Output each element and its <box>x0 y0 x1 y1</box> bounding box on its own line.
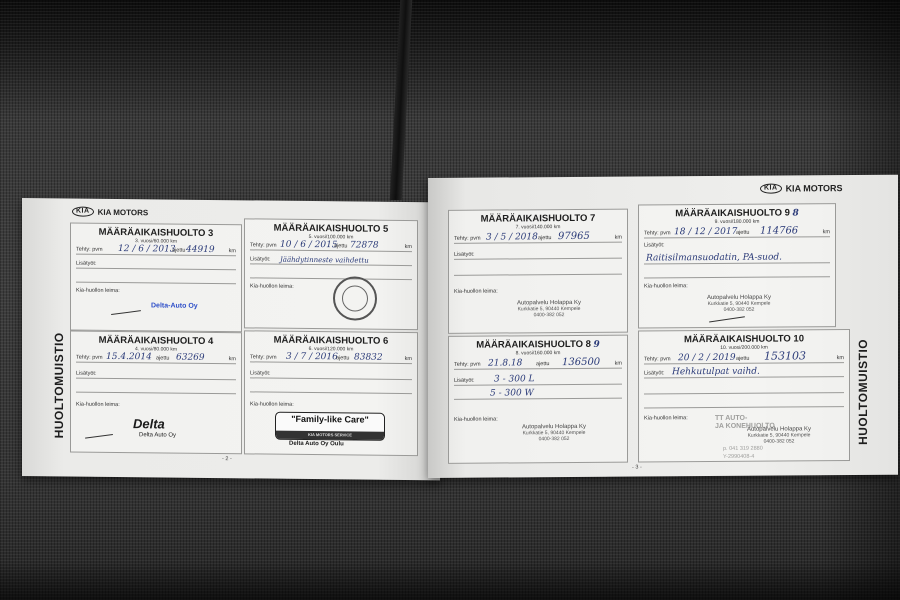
title-correction[interactable]: 8 <box>793 208 799 218</box>
extra-work-row: Lisätyöt: <box>250 367 412 380</box>
extra-work-label: Lisätyöt: <box>250 370 270 376</box>
kia-motors-logo: KIA KIA MOTORS <box>72 207 148 218</box>
date-km-row: Tehty: pvm 3 / 5 / 2018 ajettu 97965 km <box>454 232 622 244</box>
stamp-label: Kia-huollon leima: <box>644 415 688 421</box>
stamp-bar: KIA MOTORS SERVICE <box>276 431 384 440</box>
dealer-stamp: Delta-Auto Oy <box>151 302 198 309</box>
driven-label: ajettu <box>736 356 749 362</box>
extra-work-label: Lisätyöt: <box>76 371 96 377</box>
extra-work-line <box>454 274 622 276</box>
stamp-label: Kia-huollon leima: <box>454 417 498 423</box>
km-unit: km <box>405 244 412 250</box>
stamp-phone: 0400-382 052 <box>764 438 795 444</box>
extra-work-row: Lisätyöt: 3 - 300 L <box>454 374 622 386</box>
service-mileage[interactable]: 83832 <box>354 352 383 362</box>
page-number-right: - 3 - <box>632 465 642 471</box>
date-km-row: Tehty: pvm 10 / 6 / 2015 ajettu 72878 km <box>250 239 412 252</box>
extra-work-line <box>644 276 830 278</box>
service-date[interactable]: 18 / 12 / 2017 <box>674 227 737 237</box>
date-km-row: Tehty: pvm 20 / 2 / 2019 ajettu 153103 k… <box>644 352 844 364</box>
delta-logo: Delta <box>133 416 165 431</box>
stamp-label: Kia-huollon leima: <box>250 283 294 289</box>
service-card-9: MÄÄRÄAIKAISHUOLTO 9 8 9. vuosi/180.000 k… <box>638 203 836 328</box>
service-interval: 8. vuosi/160.000 km <box>449 350 627 357</box>
extra-work-line <box>250 277 412 280</box>
driven-label: ajettu <box>156 355 169 361</box>
signature <box>709 316 745 322</box>
extra-work-line <box>76 392 236 395</box>
extra-work-row: Lisätyöt: <box>454 248 622 260</box>
service-interval: 9. vuosi/180.000 km <box>639 218 835 225</box>
date-label: Tehty: pvm <box>76 247 103 253</box>
stamp-label: Kia-huollon leima: <box>644 283 688 289</box>
extra-work-row: Lisätyöt: <box>76 368 236 381</box>
dealer-stamp: Autopalvelu Holappa Ky Kurkkatie 5, 9044… <box>689 294 789 313</box>
service-card-6: MÄÄRÄAIKAISHUOLTO 6 6. vuosi/120.000 km … <box>244 330 418 456</box>
service-mileage[interactable]: 97965 <box>558 231 590 242</box>
km-unit: km <box>823 229 830 235</box>
date-label: Tehty: pvm <box>250 354 277 360</box>
service-card-4: MÄÄRÄAIKAISHUOLTO 4 4. vuosi/80.000 km T… <box>70 331 242 455</box>
kia-logo-oval: KIA <box>760 184 782 194</box>
service-date[interactable]: 3 / 7 / 2016 <box>286 352 338 363</box>
date-label: Tehty: pvm <box>454 362 481 368</box>
page-number-left: - 2 - <box>222 456 232 462</box>
booklet-right-page: KIA KIA MOTORS HUOLTOMUISTIO MÄÄRÄAIKAIS… <box>428 175 898 478</box>
km-unit: km <box>229 248 236 254</box>
extra-work-label: Lisätyöt: <box>454 378 474 384</box>
service-mileage[interactable]: 114766 <box>760 225 798 236</box>
stamp-phone: 0400-382 052 <box>534 312 565 318</box>
service-title-text: MÄÄRÄAIKAISHUOLTO 9 <box>675 207 790 219</box>
driven-label: ajettu <box>336 355 349 361</box>
service-date[interactable]: 3 / 5 / 2018 <box>486 232 538 242</box>
driven-label: ajettu <box>172 248 185 254</box>
stamp-label: Kia-huollon leima: <box>454 289 498 295</box>
extra-work-row: Lisätyöt: Jäähdytinneste vaihdettu <box>250 253 412 266</box>
km-unit: km <box>615 235 622 241</box>
family-like-care-stamp: "Family-like Care" KIA MOTORS SERVICE <box>275 412 385 441</box>
service-date[interactable]: 20 / 2 / 2019 <box>678 353 736 363</box>
stamp-label: Kia-huollon leima: <box>250 401 294 407</box>
extra-work-text[interactable]: Hehkutulpat vaihd. <box>672 367 760 378</box>
service-date[interactable]: 15.4.2014 <box>106 352 152 362</box>
mirrored-ghost-stamp-2: p. 041 319 2880 Y-2990408-4 <box>723 445 763 461</box>
driven-label: ajettu <box>334 243 347 249</box>
extra-work-row: Lisätyöt: Hehkutulpat vaihd. <box>644 366 844 378</box>
dealer-stamp: Autopalvelu Holappa Ky Kurkkatie 5, 9044… <box>504 300 594 319</box>
service-interval: 7. vuosi/140.000 km <box>449 224 627 231</box>
service-date[interactable]: 21.8.18 <box>488 358 522 368</box>
date-label: Tehty: pvm <box>454 236 481 242</box>
service-card-3: MÄÄRÄAIKAISHUOLTO 3 3. vuosi/60.000 km T… <box>70 223 242 333</box>
booklet-left-page: KIA KIA MOTORS HUOLTOMUISTIO MÄÄRÄAIKAIS… <box>22 198 440 480</box>
service-date[interactable]: 12 / 6 / 2013 <box>118 244 176 255</box>
extra-work-line-2 <box>644 406 844 408</box>
stamp-label: Kia-huollon leima: <box>76 288 120 294</box>
kia-brand-name: KIA MOTORS <box>98 207 149 217</box>
driven-label: ajettu <box>536 361 549 367</box>
km-unit: km <box>615 361 622 367</box>
extra-work-line <box>644 392 844 394</box>
date-km-row: Tehty: pvm 18 / 12 / 2017 ajettu 114766 … <box>644 226 830 238</box>
kia-motors-logo: KIA KIA MOTORS <box>760 183 843 194</box>
extra-work-label: Lisätyöt: <box>454 252 474 258</box>
service-card-8: MÄÄRÄAIKAISHUOLTO 8 9 8. vuosi/160.000 k… <box>448 335 628 464</box>
stamp-phone: 0400-382 052 <box>539 436 570 442</box>
date-km-row: Tehty: pvm 15.4.2014 ajettu 63269 km <box>76 352 236 365</box>
date-label: Tehty: pvm <box>76 355 103 361</box>
extra-work-label: Lisätyöt: <box>644 242 664 248</box>
service-mileage[interactable]: 153103 <box>764 349 806 362</box>
ghost-line-4: Y-2990408-4 <box>723 453 763 461</box>
stamp-inner-ring <box>342 285 368 311</box>
signature <box>111 310 141 315</box>
booklet-side-title: HUOLTOMUISTIO <box>52 332 66 438</box>
service-title-text: MÄÄRÄAIKAISHUOLTO 8 <box>476 339 591 351</box>
stamp-label: Kia-huollon leima: <box>76 402 120 408</box>
date-km-row: Tehty: pvm 21.8.18 ajettu 136500 km <box>454 358 622 370</box>
driven-label: ajettu <box>538 235 551 241</box>
service-mileage[interactable]: 72878 <box>350 240 379 250</box>
kia-logo-oval: KIA <box>72 207 94 217</box>
extra-work-text-2[interactable]: 5 - 300 W <box>490 388 534 398</box>
extra-work-label: Lisätyöt: <box>644 370 664 376</box>
title-correction[interactable]: 9 <box>594 340 600 350</box>
stamp-phone: 0400-382 052 <box>724 307 755 313</box>
extra-work-line <box>76 282 236 285</box>
date-label: Tehty: pvm <box>644 230 671 236</box>
ghost-line-3: p. 041 319 2880 <box>723 445 763 453</box>
extra-work-text[interactable]: Jäähdytinneste vaihdettu <box>280 256 369 265</box>
service-card-5: MÄÄRÄAIKAISHUOLTO 5 5. vuosi/100.000 km … <box>244 218 418 330</box>
date-km-row: Tehty: pvm 12 / 6 / 2013 ajettu 44919 km <box>76 244 236 257</box>
stamp-slogan: "Family-like Care" <box>276 414 384 425</box>
driven-label: ajettu <box>736 230 749 236</box>
service-date[interactable]: 10 / 6 / 2015 <box>280 240 338 251</box>
service-interval: 10. vuosi/200.000 km <box>639 344 849 351</box>
km-unit: km <box>229 356 236 362</box>
date-km-row: Tehty: pvm 3 / 7 / 2016 ajettu 83832 km <box>250 351 412 364</box>
service-card-10: MÄÄRÄAIKAISHUOLTO 10 10. vuosi/200.000 k… <box>638 329 850 462</box>
booklet-side-title: HUOLTOMUISTIO <box>856 339 870 445</box>
service-mileage[interactable]: 63269 <box>176 353 205 363</box>
round-autohuolto-stamp <box>333 276 377 320</box>
extra-work-label: Lisätyöt: <box>250 256 270 262</box>
km-unit: km <box>405 356 412 362</box>
dealer-stamp: Autopalvelu Holappa Ky Kurkkatie 5, 9044… <box>509 424 599 443</box>
extra-work-row: Lisätyöt: <box>76 258 236 271</box>
extra-work-text[interactable]: 3 - 300 L <box>494 374 535 384</box>
extra-work-text[interactable]: Raitisilmansuodatin, PA-suod. <box>646 253 782 264</box>
extra-work-line <box>250 391 412 394</box>
service-mileage[interactable]: 136500 <box>562 357 600 368</box>
dealer-stamp: Autopalvelu Holappa Ky Kurkkatie 5, 9044… <box>729 426 829 445</box>
date-label: Tehty: pvm <box>644 356 671 362</box>
extra-work-row: Raitisilmansuodatin, PA-suod. <box>644 252 830 264</box>
service-card-7: MÄÄRÄAIKAISHUOLTO 7 7. vuosi/140.000 km … <box>448 209 628 334</box>
extra-work-row-2: 5 - 300 W <box>454 388 622 400</box>
dealer-name: Delta Auto Oy <box>139 432 176 438</box>
seat-bottom-shadow <box>0 560 900 600</box>
kia-brand-name: KIA MOTORS <box>786 183 843 193</box>
extra-work-label-row: Lisätyöt: <box>644 238 830 249</box>
signature <box>85 434 113 439</box>
extra-work-label: Lisätyöt: <box>76 261 96 267</box>
service-mileage[interactable]: 44919 <box>186 245 215 255</box>
dealer-name: Delta Auto Oy Oulu <box>289 441 344 448</box>
date-label: Tehty: pvm <box>250 242 277 248</box>
km-unit: km <box>837 355 844 361</box>
